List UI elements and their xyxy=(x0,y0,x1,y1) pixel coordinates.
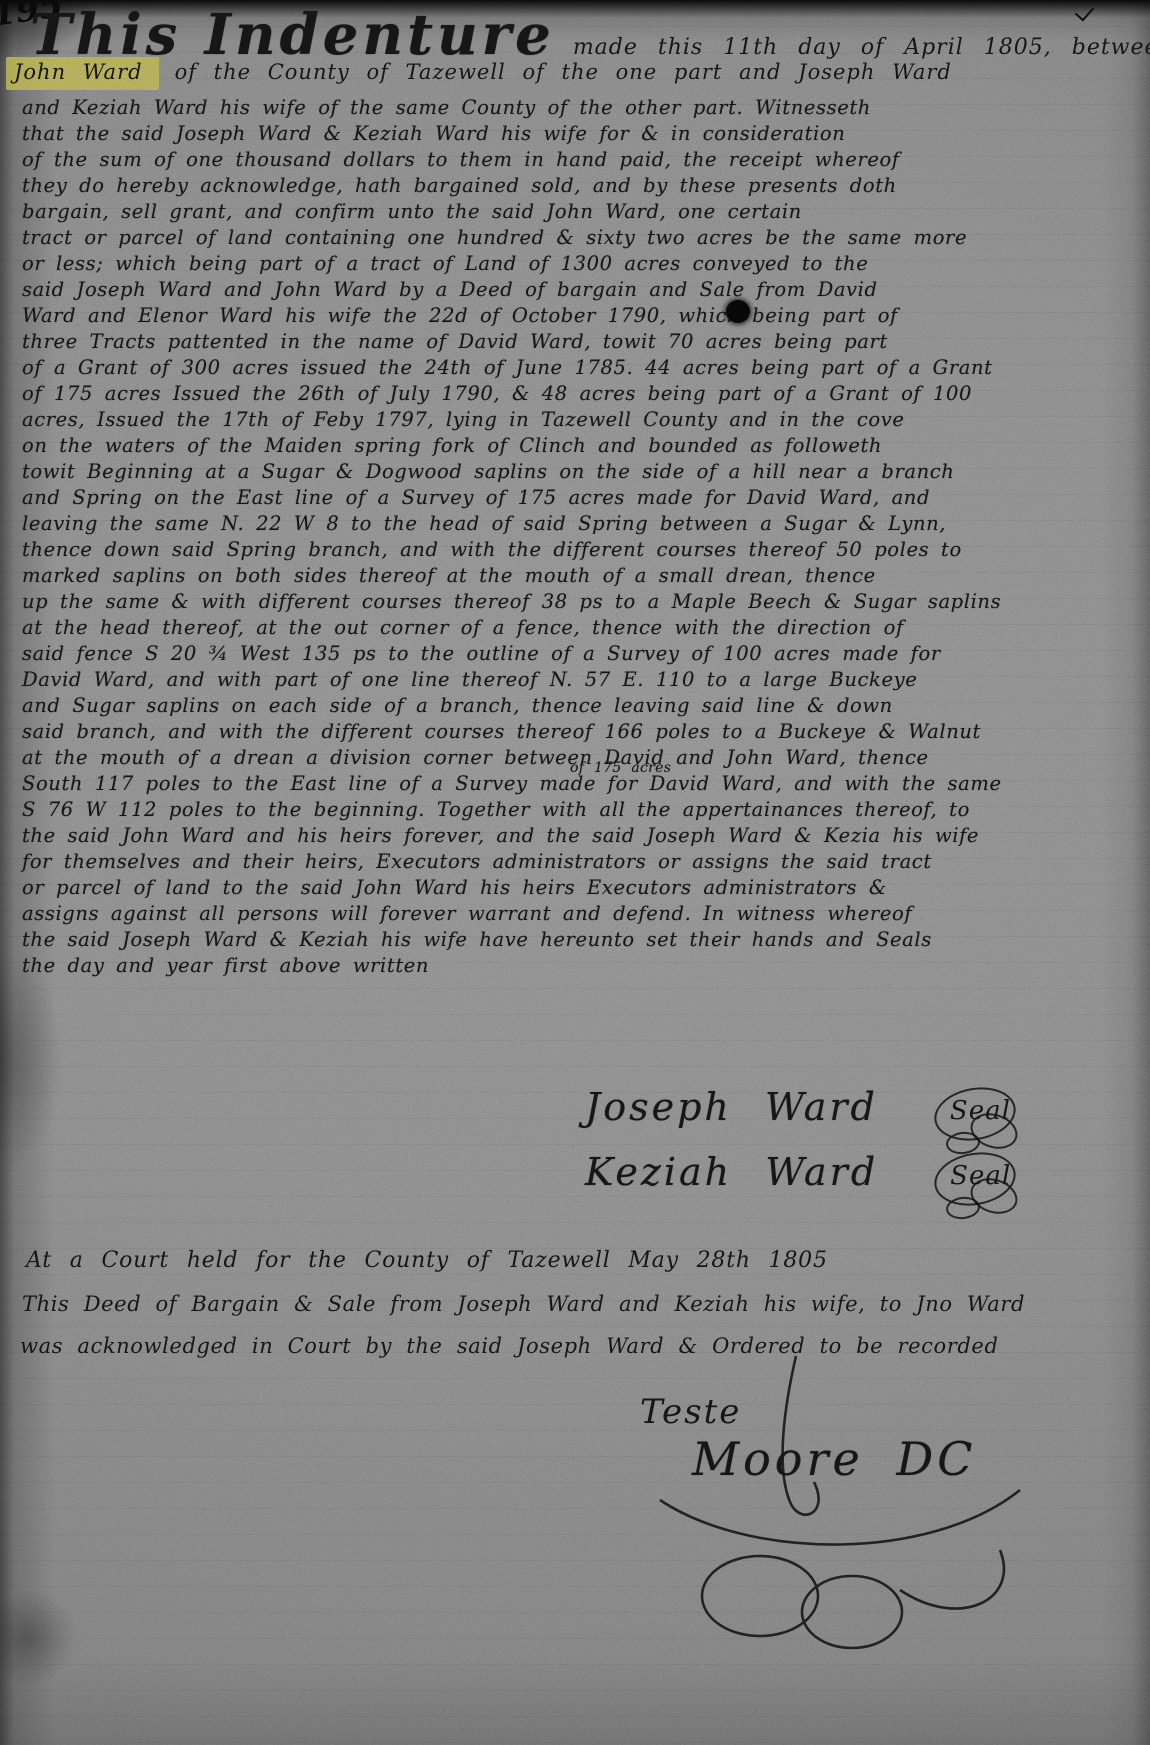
deed-line: said branch, and with the different cour… xyxy=(22,720,1140,746)
deed-line: three Tracts pattented in the name of Da… xyxy=(22,330,1140,356)
deed-line-with-interlineation: South 117 poles to the East line of a Su… xyxy=(22,772,1140,798)
seal-flourish: Seal xyxy=(926,1088,1026,1144)
deed-line: and Sugar saplins on each side of a bran… xyxy=(22,694,1140,720)
deed-line: and Spring on the East line of a Survey … xyxy=(22,486,1140,512)
deed-line: the day and year first above written xyxy=(22,954,1140,980)
deed-line: or less; which being part of a tract of … xyxy=(22,252,1140,278)
court-record-heading: At a Court held for the County of Tazewe… xyxy=(26,1248,828,1273)
seal-label: Seal xyxy=(950,1096,1011,1126)
deed-line2-rest: of the County of Tazewell of the one par… xyxy=(175,60,952,84)
deed-line: they do hereby acknowledge, hath bargain… xyxy=(22,174,1140,200)
deed-line: David Ward, and with part of one line th… xyxy=(22,668,1140,694)
deed-line: at the head thereof, at the out corner o… xyxy=(22,616,1140,642)
deed-line: tract or parcel of land containing one h… xyxy=(22,226,1140,252)
court-record-line: was acknowledged in Court by the said Jo… xyxy=(20,1334,999,1358)
deed-line: thence down said Spring branch, and with… xyxy=(22,538,1140,564)
deed-line: on the waters of the Maiden spring fork … xyxy=(22,434,1140,460)
deed-line: that the said Joseph Ward & Keziah Ward … xyxy=(22,122,1140,148)
deed-line: of the sum of one thousand dollars to th… xyxy=(22,148,1140,174)
deed-opening-rest: made this 11th day of April 1805, betwee… xyxy=(573,35,1150,60)
deed-line: of a Grant of 300 acres issued the 24th … xyxy=(22,356,1140,382)
deed-line: the said John Ward and his heirs forever… xyxy=(22,824,1140,850)
deed-line: said fence S 20 ¾ West 135 ps to the out… xyxy=(22,642,1140,668)
seal-flourish: Seal xyxy=(926,1153,1026,1209)
deed-line: assigns against all persons will forever… xyxy=(22,902,1140,928)
deed-line-text: South 117 poles to the East line of a Su… xyxy=(22,772,1002,795)
teste-label: Teste xyxy=(640,1392,741,1432)
deed-line: said Joseph Ward and John Ward by a Deed… xyxy=(22,278,1140,304)
deed-line: the said Joseph Ward & Keziah his wife h… xyxy=(22,928,1140,954)
deed-line: for themselves and their heirs, Executor… xyxy=(22,850,1140,876)
court-record-line: This Deed of Bargain & Sale from Joseph … xyxy=(22,1292,1025,1316)
interlineation: of 175 acres xyxy=(570,760,671,776)
deed-line-grantee: John Wardof the County of Tazewell of th… xyxy=(6,60,952,84)
deed-line: Ward and Elenor Ward his wife the 22d of… xyxy=(22,304,1140,330)
signature-row-joseph: Joseph WardSeal xyxy=(585,1085,1026,1144)
deed-line: acres, Issued the 17th of Feby 1797, lyi… xyxy=(22,408,1140,434)
deed-line: bargain, sell grant, and confirm unto th… xyxy=(22,200,1140,226)
deed-opening-line: This Indenturemade this 11th day of Apri… xyxy=(30,2,1150,68)
highlighted-name[interactable]: John Ward xyxy=(6,57,159,90)
deed-body: and Keziah Ward his wife of the same Cou… xyxy=(22,96,1140,980)
deed-line: or parcel of land to the said John Ward … xyxy=(22,876,1140,902)
signature-keziah-ward: Keziah Ward xyxy=(585,1150,878,1194)
deed-line: marked saplins on both sides thereof at … xyxy=(22,564,1140,590)
seal-label: Seal xyxy=(950,1161,1011,1191)
deed-line: of 175 acres Issued the 26th of July 179… xyxy=(22,382,1140,408)
signature-joseph-ward: Joseph Ward xyxy=(585,1085,878,1129)
ink-blot xyxy=(726,300,750,323)
deed-record-scan: 195 This Indenturemade this 11th day of … xyxy=(0,0,1150,1745)
clerk-signature: Moore DC xyxy=(692,1432,976,1486)
deed-line: leaving the same N. 22 W 8 to the head o… xyxy=(22,512,1140,538)
deed-line: and Keziah Ward his wife of the same Cou… xyxy=(22,96,1140,122)
signature-row-keziah: Keziah WardSeal xyxy=(585,1150,1026,1209)
deed-line: up the same & with different courses the… xyxy=(22,590,1140,616)
deed-line: S 76 W 112 poles to the beginning. Toget… xyxy=(22,798,1140,824)
deed-line: towit Beginning at a Sugar & Dogwood sap… xyxy=(22,460,1140,486)
